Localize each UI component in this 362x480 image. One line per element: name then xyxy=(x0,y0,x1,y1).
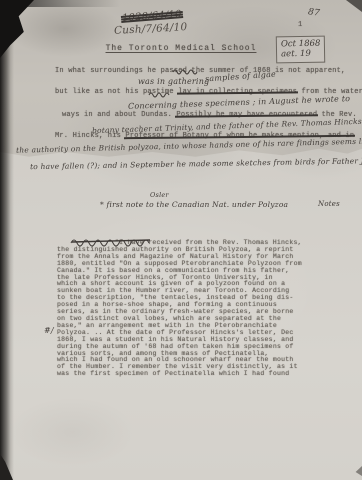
typed-line: In what surroundings he passed the summe… xyxy=(55,67,345,75)
margin-date-box: Oct 1868 aet. 19 xyxy=(276,36,326,64)
handwritten-note-small: Osler xyxy=(150,191,169,199)
illegible-scribble-icon xyxy=(148,91,170,98)
photocopy-corner-mark-bottom-right xyxy=(354,466,362,476)
handwritten-note: * first note to the Canadian Nat. under … xyxy=(100,200,288,209)
handwritten-insert: was in gathering xyxy=(138,77,209,86)
scanned-typescript-page: 1028/64/10 Cush/7/64/10 1 87 Oct 1868 ae… xyxy=(0,0,362,480)
typed-line: was the first specimen of Pectinatella w… xyxy=(57,371,319,378)
page-number: 1 xyxy=(298,21,302,29)
photocopy-left-edge-shadow xyxy=(0,0,14,480)
page-number-handwritten: 87 xyxy=(307,7,320,19)
handwritten-line: to have fallen (?); and in September he … xyxy=(30,156,362,171)
illegible-scribble-icon xyxy=(172,67,198,75)
typed-quotation-paragraph: "I have received from the Rev. Thomas Hi… xyxy=(57,240,319,378)
struck-handwriting-scribble-icon xyxy=(70,236,152,248)
handwritten-margin-mark: #/ xyxy=(44,326,54,335)
handwritten-margin-note: Notes xyxy=(318,200,340,208)
margin-date-line2: aet. 19 xyxy=(281,49,321,60)
margin-date-line1: Oct 1868 xyxy=(281,39,321,50)
